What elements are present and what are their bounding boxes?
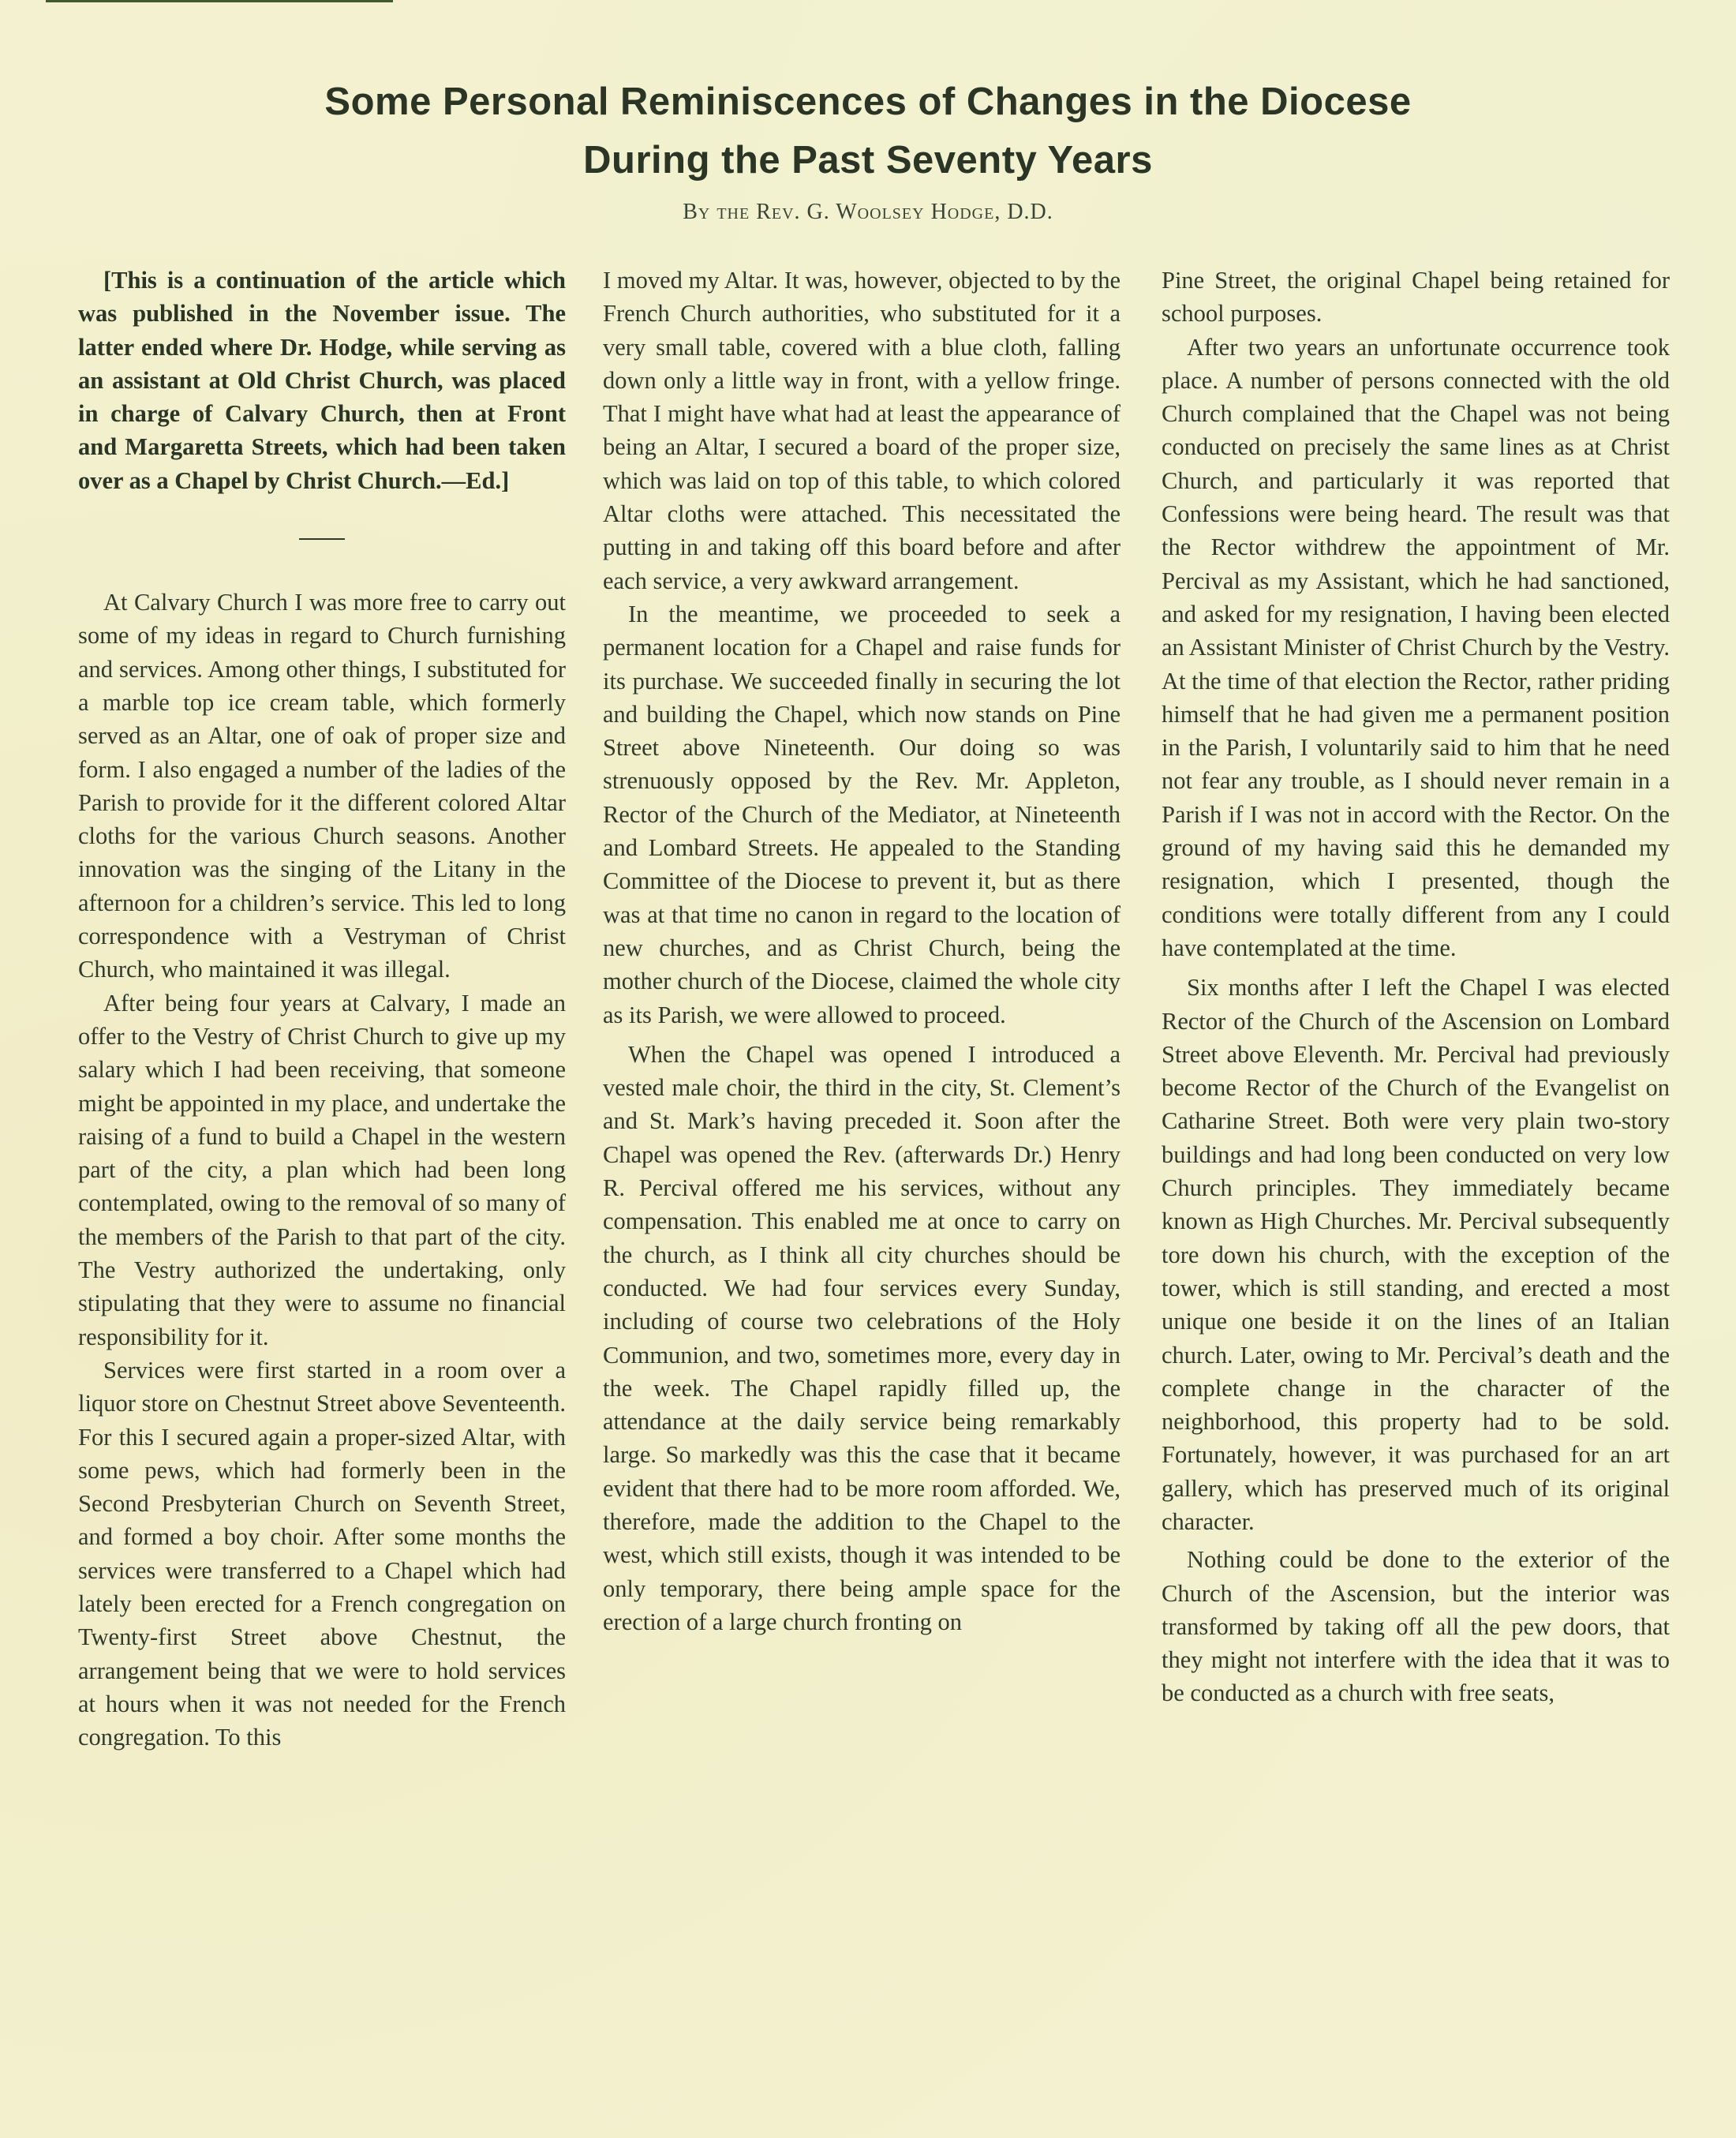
- section-divider: [299, 538, 345, 540]
- paragraph: At Calvary Church I was more free to car…: [78, 586, 566, 987]
- column-left: [This is a continuation of the article w…: [78, 264, 566, 1754]
- title-line-1: Some Personal Reminiscences of Changes i…: [324, 81, 1411, 123]
- column-middle: I moved my Altar. It was, however, objec…: [603, 264, 1121, 1638]
- paragraph: In the meantime, we proceeded to seek a …: [603, 597, 1121, 1032]
- paragraph: Pine Street, the original Chapel being r…: [1162, 264, 1670, 331]
- paragraph: Nothing could be done to the exterior of…: [1162, 1543, 1670, 1709]
- paragraph: Six months after I left the Chapel I was…: [1162, 971, 1670, 1538]
- title-line-2: During the Past Seventy Years: [583, 139, 1153, 182]
- column-right: Pine Street, the original Chapel being r…: [1162, 264, 1670, 1710]
- article-title: Some Personal Reminiscences of Changes i…: [0, 73, 1736, 189]
- author-byline: By the Rev. G. Woolsey Hodge, D.D.: [0, 200, 1736, 225]
- paragraph: After two years an unfortunate occurrenc…: [1162, 331, 1670, 965]
- paragraph: When the Chapel was opened I introduced …: [603, 1038, 1121, 1638]
- editor-note: [This is a continuation of the article w…: [78, 264, 566, 497]
- paragraph: I moved my Altar. It was, however, objec…: [603, 264, 1121, 597]
- paragraph: Services were first started in a room ov…: [78, 1354, 566, 1754]
- paragraph: After being four years at Calvary, I mad…: [78, 987, 566, 1354]
- top-edge-band: [46, 0, 393, 2]
